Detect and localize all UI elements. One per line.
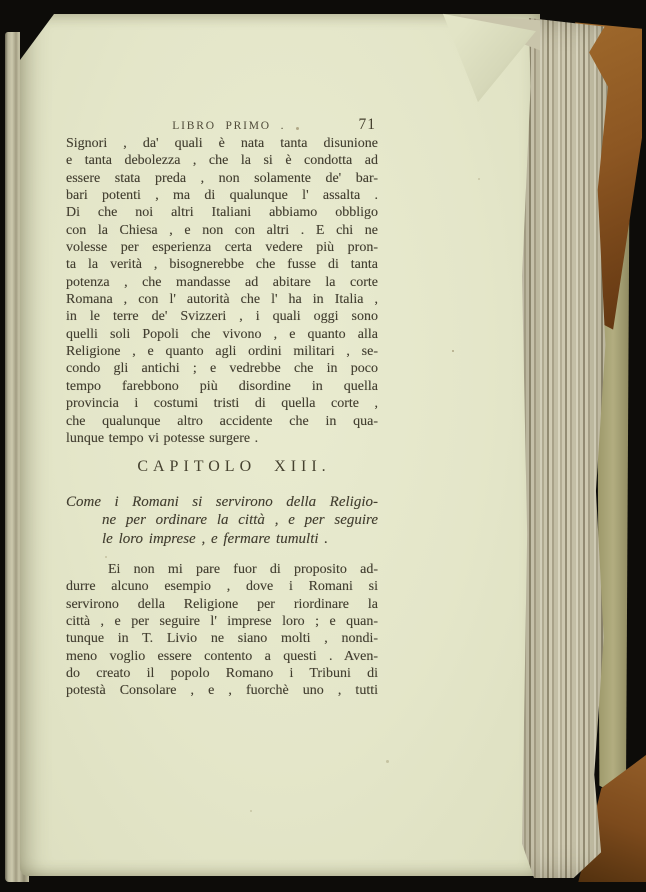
- text-line: tunque in T. Livio ne siano molti , nond…: [66, 630, 378, 647]
- text-line: potestà Consolare , e , fuorchè uno , tu…: [66, 682, 378, 699]
- text-line: quelli soli Popoli che vivono , e quanto…: [66, 326, 378, 343]
- text-line: condo gli antichi ; e vedrebbe che in po…: [66, 360, 378, 377]
- chapter-heading: CAPITOLO XIII.: [78, 458, 390, 476]
- paper-speckle: [452, 350, 454, 352]
- text-line: in le terre de' Svizzeri , i quali oggi …: [66, 308, 378, 325]
- paper-speckle: [250, 810, 252, 812]
- running-title: LIBRO PRIMO .: [172, 120, 285, 132]
- text-line: con la Chiesa , e non con altri . E chi …: [66, 222, 378, 239]
- text-line: essere stata preda , non solamente de' b…: [66, 170, 378, 187]
- text-line: servirono della Religione per riordinare…: [66, 596, 378, 613]
- text-line: Come i Romani si servirono della Religio…: [66, 493, 378, 511]
- text-line: potenza , che mandasse ad abitare la cor…: [66, 274, 378, 291]
- text-line: durre alcuno esempio , dove i Romani si: [66, 578, 378, 595]
- text-line: Ei non mi pare fuor di proposito ad-: [66, 561, 378, 578]
- paragraph-1: Signori , da' quali è nata tanta disunio…: [66, 135, 378, 447]
- page-number: 71: [359, 116, 377, 134]
- text-line: Di che noi altri Italiani abbiamo obblig…: [66, 204, 378, 221]
- page-header: LIBRO PRIMO . 71: [66, 120, 378, 136]
- text-line: che qualunque altro accidente che in qua…: [66, 413, 378, 430]
- text-line: lunque tempo vi potesse surgere .: [66, 430, 378, 447]
- paragraph-2: Ei non mi pare fuor di proposito ad- dur…: [66, 561, 378, 700]
- text-line: volesse per esperienza certa vedere più …: [66, 239, 378, 256]
- text-line: provincia i costumi tristi di quella cor…: [66, 395, 378, 412]
- text-line: le loro imprese , e fermare tumulti .: [66, 530, 378, 548]
- scanned-book-photo: { "photo": { "background_color": "#0d0c0…: [0, 0, 646, 892]
- text-line: ne per ordinare la città , e per seguire: [66, 511, 378, 529]
- fore-edge-pages: [522, 18, 608, 878]
- text-line: Signori , da' quali è nata tanta disunio…: [66, 135, 378, 152]
- paper-speckle: [386, 760, 389, 763]
- text-line: meno voglio essere contento a questi . A…: [66, 648, 378, 665]
- text-line: città , e per seguire l' imprese loro ; …: [66, 613, 378, 630]
- printed-page-content: LIBRO PRIMO . 71 Signori , da' quali è n…: [66, 14, 378, 774]
- text-line: do creato il popolo Romano i Tribuni di: [66, 665, 378, 682]
- text-line: ta la verità , bisognerebbe che fusse di…: [66, 256, 378, 273]
- text-line: tempo farebbono più disordine in quella: [66, 378, 378, 395]
- text-line: Romana , con l' autorità che l' ha in It…: [66, 291, 378, 308]
- paper-speckle: [478, 178, 480, 180]
- chapter-argument: Come i Romani si servirono della Religio…: [66, 493, 378, 548]
- text-line: Religione , e quanto agli ordini militar…: [66, 343, 378, 360]
- text-line: bari potenti , ma di qualunque l' assalt…: [66, 187, 378, 204]
- text-line: e tanta debolezza , che la si è condotta…: [66, 152, 378, 169]
